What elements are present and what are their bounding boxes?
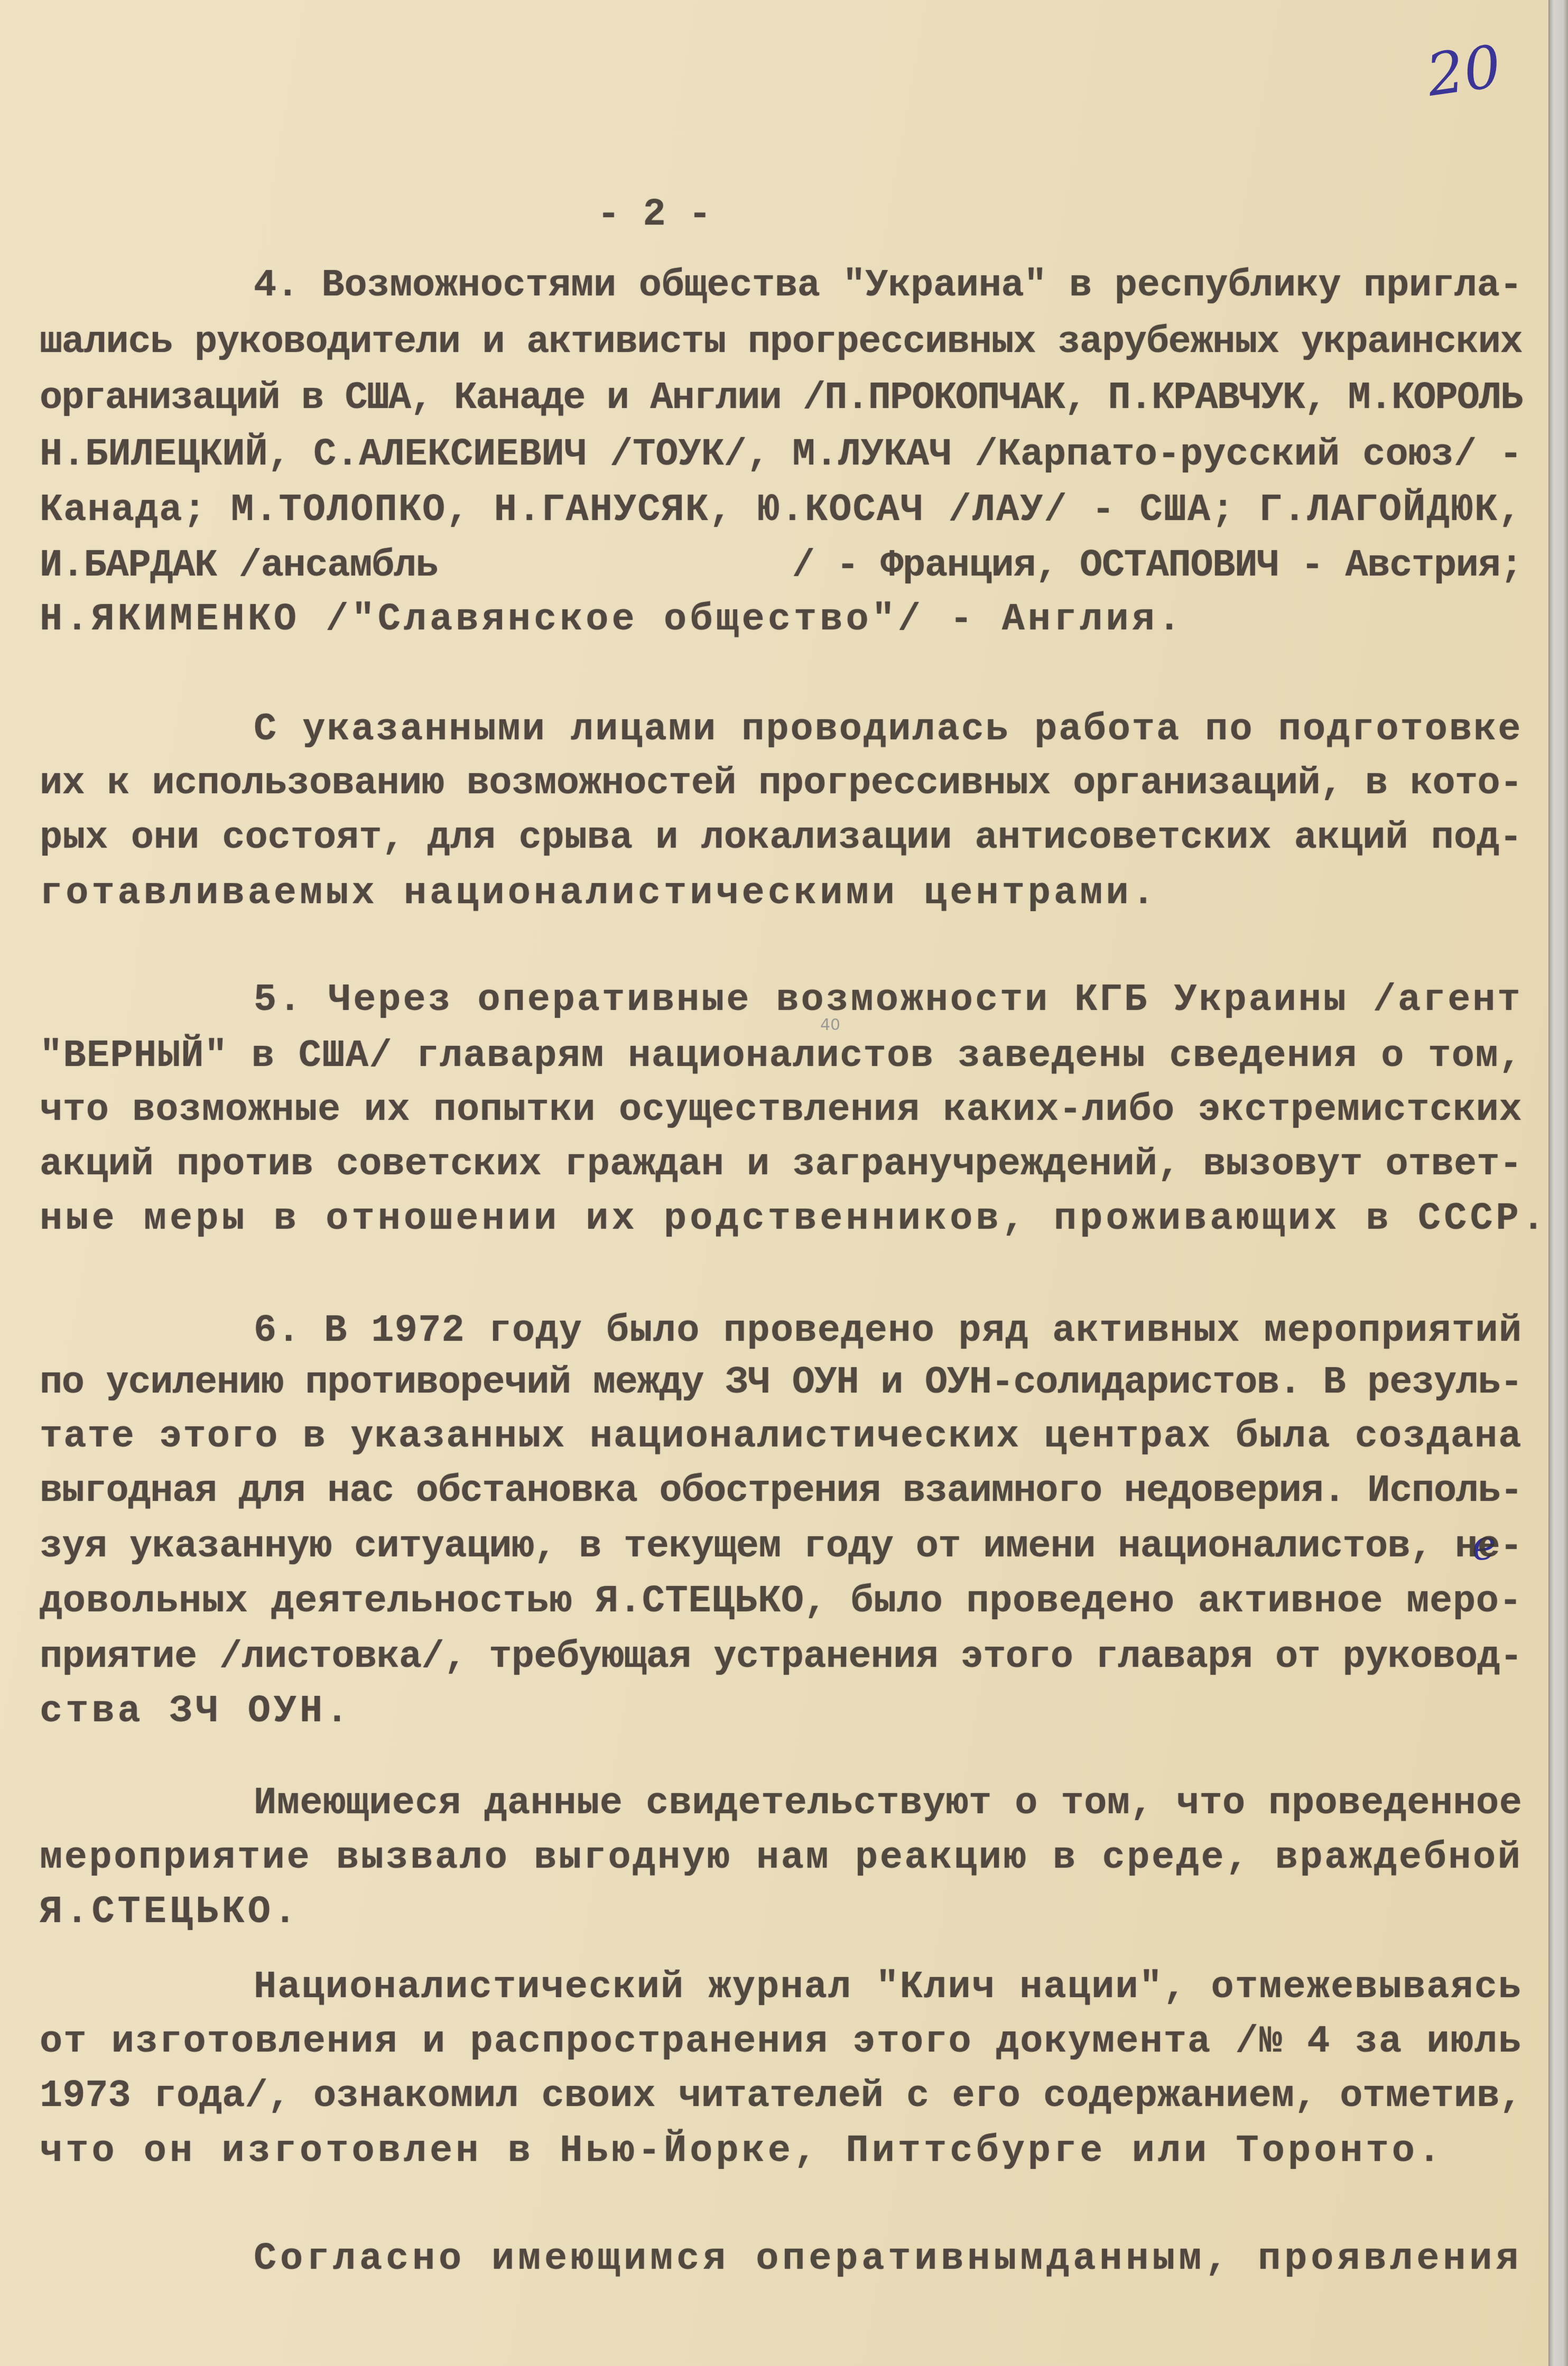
text-line: мероприятие вызвало выгодную нам реакцию… [40,1836,1522,1879]
text-line: шались руководители и активисты прогресс… [40,321,1522,363]
document-page: 20 - 2 - 40 e 4. Возможностями общества … [0,0,1548,2366]
text-line: что он изготовлен в Нью-Йорке, Питтсбург… [40,2130,1444,2172]
handwritten-folio-number: 20 [1423,32,1505,109]
text-line: 1973 года/, ознакомил своих читателей с … [40,2075,1522,2117]
text-line: выгодная для нас обстановка обострения в… [40,1470,1522,1512]
page-edge [1548,0,1568,2366]
text-line: Согласно имеющимся оперативнымданным, пр… [254,2238,1522,2280]
text-line: рых они состоят, для срыва и локализации… [40,816,1522,859]
page-number: - 2 - [597,193,711,236]
text-line: довольных деятельностью Я.СТЕЦЬКО, было … [40,1580,1522,1622]
text-line: Канада; М.ТОЛОПКО, Н.ГАНУСЯК, Ю.КОСАЧ /Л… [40,489,1522,531]
text-line: их к использованию возможностей прогресс… [40,762,1522,804]
text-line: Н.БИЛЕЦКИЙ, С.АЛЕКСИЕВИЧ /ТОУК/, М.ЛУКАЧ… [40,433,1522,476]
text-line: акций против советских граждан и заграну… [40,1143,1522,1185]
text-line: 4. Возможностями общества "Украина" в ре… [254,264,1522,307]
text-line: по усилению противоречий между ЗЧ ОУН и … [40,1361,1522,1404]
text-line: зуя указанную ситуацию, в текущем году о… [40,1525,1522,1567]
text-line: Националистический журнал "Клич нации", … [254,1966,1522,2008]
text-line: С указанными лицами проводилась работа п… [254,708,1522,750]
text-line: готавливаемых националистическими центра… [40,872,1158,914]
text-line: "ВЕРНЫЙ" в США/ главарям националистов з… [40,1035,1522,1077]
text-line: Я.СТЕЦЬКО. [40,1891,300,1933]
text-line: 5. Через оперативные возможности КГБ Укр… [254,979,1522,1021]
text-line: что возможные их попытки осуществления к… [40,1089,1522,1131]
text-line: ные меры в отношении их родственников, п… [40,1198,1548,1240]
text-line: ства ЗЧ ОУН. [40,1690,351,1732]
text-line: Имеющиеся данные свидетельствуют о том, … [254,1782,1522,1824]
text-line: приятие /листовка/, требующая устранения… [40,1636,1522,1678]
text-line: организаций в США, Канаде и Англии /П.ПР… [40,377,1522,419]
text-line: И.БАРДАК /ансамбль / - Франция, ОСТАПОВИ… [40,544,1522,587]
text-line: от изготовления и распространения этого … [40,2020,1522,2063]
text-line: тате этого в указанных националистически… [40,1415,1522,1458]
text-line: Н.ЯКИМЕНКО /"Славянское общество"/ - Анг… [40,598,1184,641]
text-line: 6. В 1972 году было проведено ряд активн… [254,1310,1522,1352]
